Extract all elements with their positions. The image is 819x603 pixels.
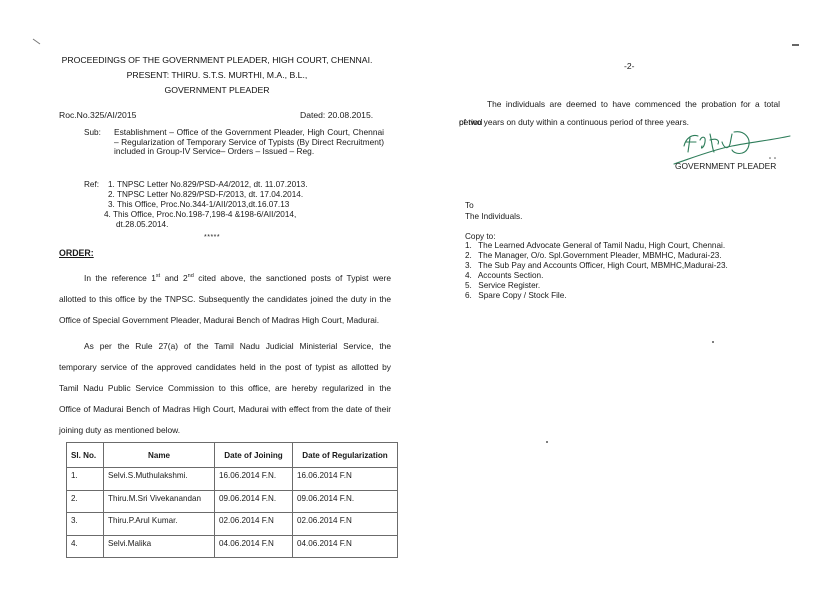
cell-date-of-joining: 04.06.2014 F.N: [215, 535, 293, 558]
page-number: -2-: [624, 61, 635, 71]
dated: Dated: 20.08.2015.: [300, 110, 373, 120]
cell-date-of-joining: 02.06.2014 F.N: [215, 513, 293, 536]
copy-to-item: 4. Accounts Section.: [465, 271, 543, 280]
regularization-table: Sl. No. Name Date of Joining Date of Reg…: [66, 442, 398, 558]
copy-to-label: Copy to:: [465, 232, 496, 241]
table-row: 2. Thiru.M.Sri Vivekanandan 09.06.2014 F…: [67, 490, 398, 513]
cell-date-of-joining: 09.06.2014 F.N.: [215, 490, 293, 513]
subject-label: Sub:: [84, 128, 101, 137]
column-header-sl-no: Sl. No.: [67, 443, 104, 468]
cell-sl-no: 4.: [67, 535, 104, 558]
cell-name: Selvi.Malika: [104, 535, 215, 558]
copy-to-item: 5. Service Register.: [465, 281, 540, 290]
table-header-row: Sl. No. Name Date of Joining Date of Reg…: [67, 443, 398, 468]
reference-item-continued: dt.28.05.2014.: [116, 220, 168, 229]
proceedings-heading: PROCEEDINGS OF THE GOVERNMENT PLEADER, H…: [22, 55, 412, 65]
scan-mark-icon: [32, 38, 42, 46]
table-row: 3. Thiru.P.Arul Kumar. 02.06.2014 F.N 02…: [67, 513, 398, 536]
cell-date-of-regularization: 09.06.2014 F.N.: [293, 490, 398, 513]
to-recipient: The Individuals.: [465, 212, 522, 221]
scan-speck: [546, 441, 548, 443]
scan-speck: [712, 341, 714, 343]
present-line: PRESENT: THIRU. S.T.S. MURTHI, M.A., B.L…: [22, 70, 412, 80]
signatory-title: GOVERNMENT PLEADER: [675, 161, 776, 171]
reference-item: 2. TNPSC Letter No.829/PSD-F/2013, dt. 1…: [108, 190, 303, 199]
copy-to-item: 6. Spare Copy / Stock File.: [465, 291, 567, 300]
scan-mark-icon: [792, 44, 799, 46]
table-row: 4. Selvi.Malika 04.06.2014 F.N 04.06.201…: [67, 535, 398, 558]
column-header-date-of-regularization: Date of Regularization: [293, 443, 398, 468]
cell-sl-no: 2.: [67, 490, 104, 513]
reference-item: 4. This Office, Proc.No.198-7,198-4 &198…: [104, 210, 296, 219]
order-heading: ORDER:: [59, 248, 94, 258]
cell-date-of-joining: 16.06.2014 F.N.: [215, 468, 293, 491]
cell-sl-no: 3.: [67, 513, 104, 536]
table-row: 1. Selvi.S.Muthulakshmi. 16.06.2014 F.N.…: [67, 468, 398, 491]
roc-number: Roc.No.325/AI/2015: [59, 110, 136, 120]
paragraph-1-line: allotted to this office by the TNPSC. Su…: [59, 289, 391, 310]
reference-item: 3. This Office, Proc.No.344-1/AII/2013,d…: [108, 200, 289, 209]
cell-name: Thiru.M.Sri Vivekanandan: [104, 490, 215, 513]
separator: *****: [204, 234, 220, 241]
column-header-date-of-joining: Date of Joining: [215, 443, 293, 468]
copy-to-item: 2. The Manager, O/o. Spl.Government Plea…: [465, 251, 722, 260]
cell-date-of-regularization: 02.06.2014 F.N: [293, 513, 398, 536]
paragraph-1-line: Office of Special Government Pleader, Ma…: [59, 310, 391, 331]
cell-date-of-regularization: 16.06.2014 F.N: [293, 468, 398, 491]
paragraph-2-line: Tamil Nadu Public Service Commission to …: [59, 378, 391, 399]
to-label: To: [465, 201, 474, 210]
document-page-2: [406, 0, 819, 603]
document-page-1: PROCEEDINGS OF THE GOVERNMENT PLEADER, H…: [0, 0, 406, 603]
paragraph-1-line: In the reference 1st and 2nd cited above…: [59, 268, 391, 289]
column-header-name: Name: [104, 443, 215, 468]
paragraph-2-line: Office of Madurai Bench of Madras High C…: [59, 399, 391, 420]
copy-to-item: 1. The Learned Advocate General of Tamil…: [465, 241, 725, 250]
reference-label: Ref:: [84, 180, 99, 189]
paragraph-2-line: joining duty as mentioned below.: [59, 420, 391, 441]
paragraph-2-line: temporary service of the approved candid…: [59, 357, 391, 378]
cell-name: Thiru.P.Arul Kumar.: [104, 513, 215, 536]
paragraph-2-line: As per the Rule 27(a) of the Tamil Nadu …: [59, 336, 391, 357]
cell-date-of-regularization: 04.06.2014 F.N: [293, 535, 398, 558]
cell-name: Selvi.S.Muthulakshmi.: [104, 468, 215, 491]
designation-line: GOVERNMENT PLEADER: [22, 85, 412, 95]
subject-text: Establishment – Office of the Government…: [114, 128, 384, 157]
copy-to-item: 3. The Sub Pay and Accounts Officer, Hig…: [465, 261, 728, 270]
reference-item: 1. TNPSC Letter No.829/PSD-A4/2012, dt. …: [108, 180, 308, 189]
cell-sl-no: 1.: [67, 468, 104, 491]
